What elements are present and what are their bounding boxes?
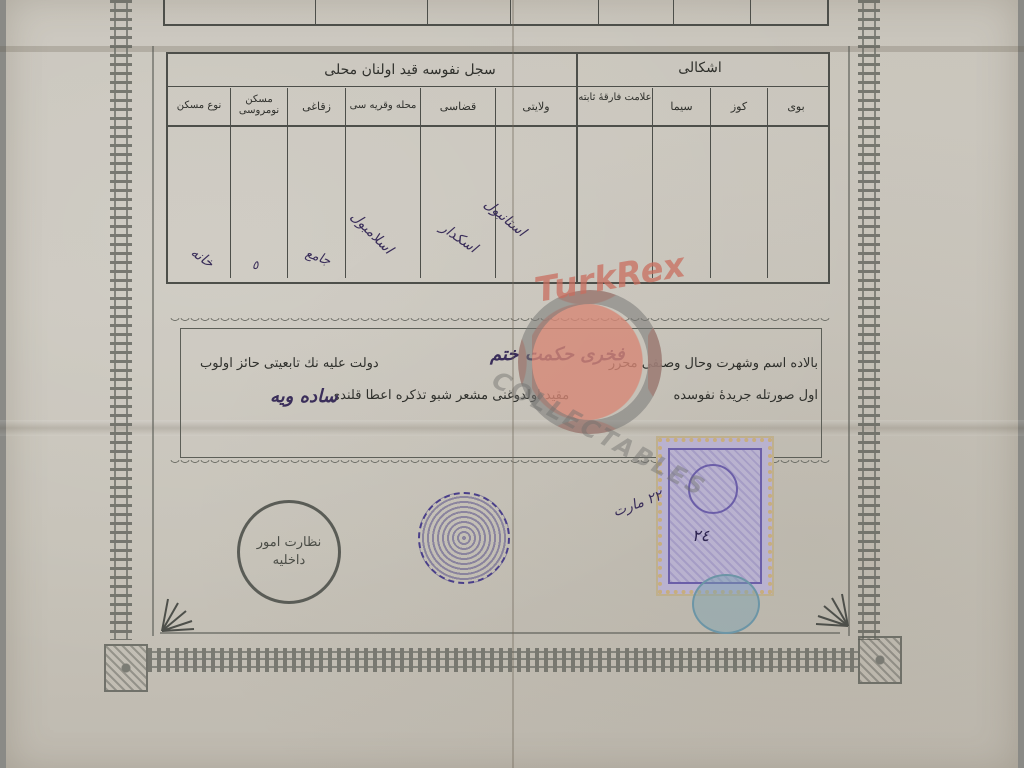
fold-line-vertical — [512, 0, 514, 768]
ink-seal — [418, 492, 510, 584]
col-height: بوى — [768, 100, 824, 113]
col-residence-type: نوع مسكن — [168, 100, 230, 111]
stamp-value: ٢٤ — [692, 526, 709, 545]
right-ornamental-border — [858, 0, 880, 640]
statement-handwritten-value: ساده ويه — [270, 386, 338, 407]
col-residence-number: مسكن نومروسى — [231, 94, 287, 116]
col-eyes: كوز — [711, 100, 767, 113]
statement-line2-right: اول صورتله جريدهٔ نفوسده — [673, 388, 818, 403]
col-province: ولايتى — [496, 100, 576, 113]
value-residence-number: ٥ — [252, 258, 258, 272]
right-group-heading: اشكالى — [580, 60, 820, 76]
col-street: زقاغى — [288, 100, 345, 113]
fan-ornament-left — [158, 595, 198, 635]
fan-ornament-right — [812, 590, 852, 630]
statement-line1-middle: دولت عليه نك تابعيتى حائز اولوب — [200, 356, 379, 371]
col-distinguishing-marks: علامت فارقهٔ ثابته — [578, 92, 652, 103]
corner-ornament-left — [104, 644, 148, 692]
ministry-seal: نظارت امور داخليه — [237, 500, 341, 604]
corner-ornament-right — [858, 636, 902, 684]
col-district: قضاسى — [421, 100, 495, 113]
ministry-seal-text: نظارت امور داخليه — [240, 534, 338, 570]
left-group-heading: سجل نفوسه قيد اولنان محلى — [260, 62, 560, 78]
left-ornamental-border — [110, 0, 132, 640]
upper-table-fragment — [163, 0, 829, 26]
cancellation-seal — [692, 574, 760, 634]
col-neighborhood-village: محله وقريه سى — [346, 100, 420, 111]
wavy-border-top — [170, 318, 830, 326]
bottom-ornamental-border — [148, 648, 858, 672]
col-complexion: سيما — [653, 100, 710, 113]
